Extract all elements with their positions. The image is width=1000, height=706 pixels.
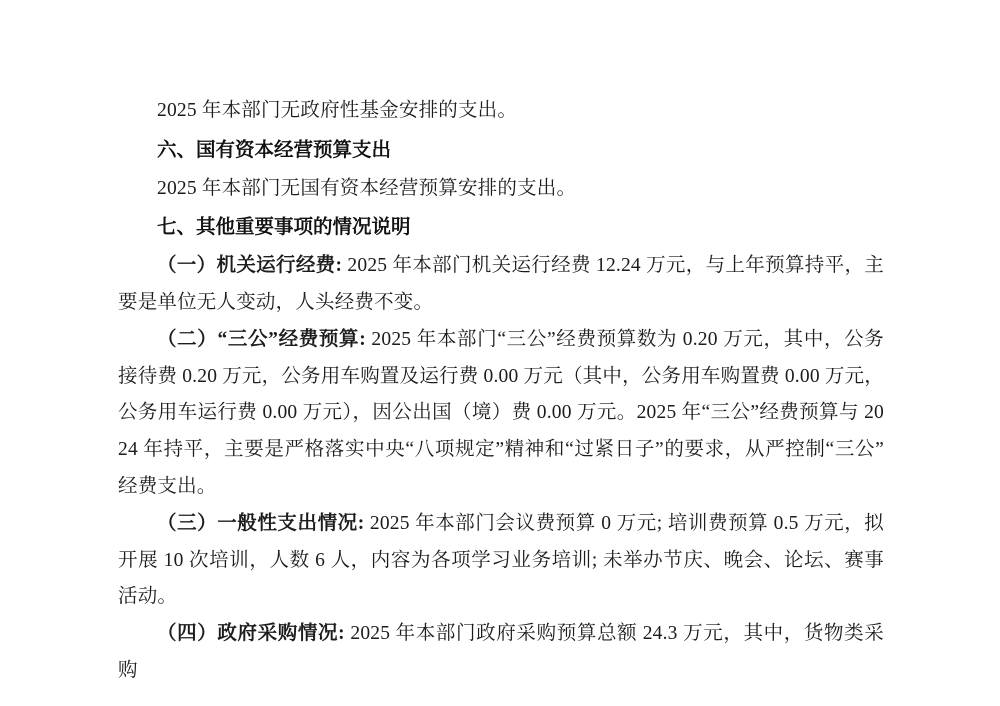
paragraph-label-general-expenditure-situation: （三）一般性支出情况: bbox=[157, 513, 364, 534]
heading-section-6-state-capital-budget: 六、国有资本经营预算支出 bbox=[118, 132, 884, 169]
paragraph-label-agency-operating-expenses: （一）机关运行经费: bbox=[157, 255, 342, 276]
paragraph-three-public-expenses-budget: （二）“三公”经费预算: 2025 年本部门“三公”经费预算数为 0.20 万元… bbox=[118, 322, 884, 506]
paragraph-general-expenditure-situation: （三）一般性支出情况: 2025 年本部门会议费预算 0 万元; 培训费预算 0… bbox=[118, 506, 884, 616]
paragraph-label-government-procurement-situation: （四）政府采购情况: bbox=[157, 623, 345, 644]
paragraph-label-three-public-expenses-budget: （二）“三公”经费预算: bbox=[157, 329, 366, 350]
paragraph-text-three-public-expenses-budget: 2025 年本部门“三公”经费预算数为 0.20 万元，其中，公务接待费 0.2… bbox=[118, 329, 884, 497]
document-content: 2025 年本部门无政府性基金安排的支出。 六、国有资本经营预算支出 2025 … bbox=[118, 93, 884, 690]
document-page: 2025 年本部门无政府性基金安排的支出。 六、国有资本经营预算支出 2025 … bbox=[0, 0, 1000, 706]
paragraph-agency-operating-expenses: （一）机关运行经费: 2025 年本部门机关运行经费 12.24 万元，与上年预… bbox=[118, 248, 884, 322]
paragraph-no-government-fund-expenditure: 2025 年本部门无政府性基金安排的支出。 bbox=[118, 93, 884, 130]
paragraph-no-state-capital-expenditure: 2025 年本部门无国有资本经营预算安排的支出。 bbox=[118, 171, 884, 208]
paragraph-government-procurement-situation: （四）政府采购情况: 2025 年本部门政府采购预算总额 24.3 万元，其中，… bbox=[118, 616, 884, 690]
heading-section-7-other-important-matters: 七、其他重要事项的情况说明 bbox=[118, 209, 884, 246]
